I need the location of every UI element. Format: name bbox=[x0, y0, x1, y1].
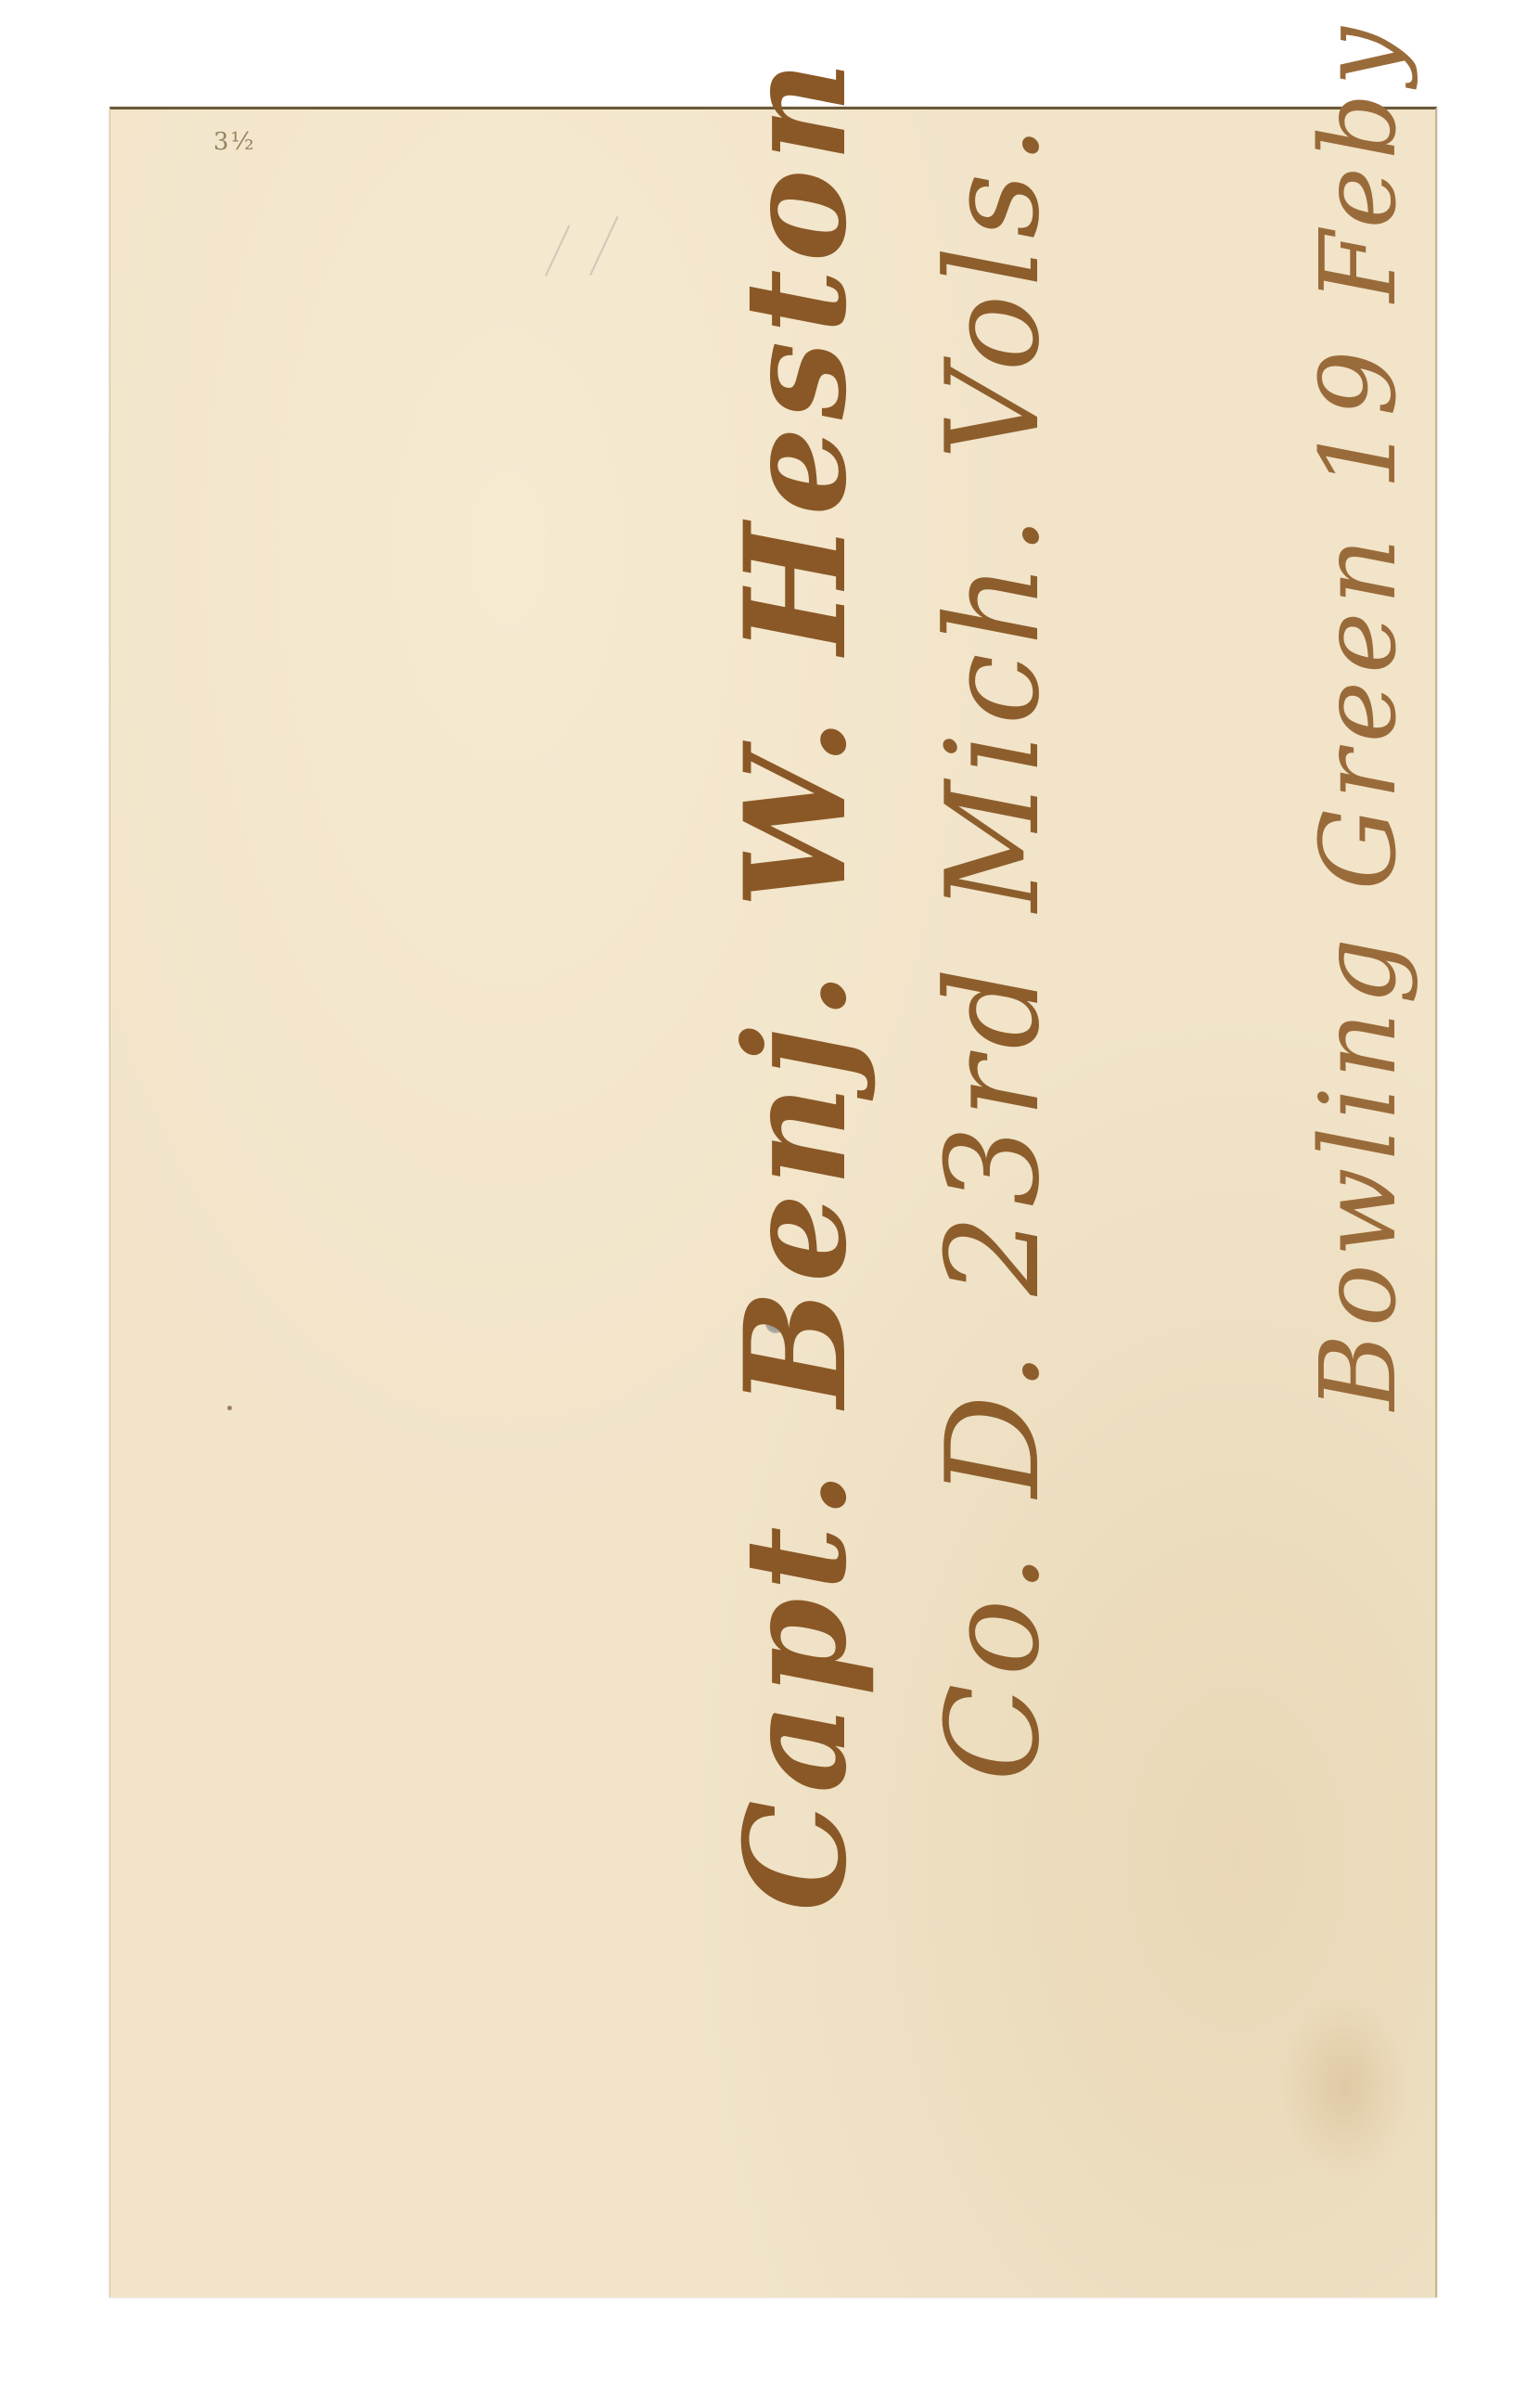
pencil-stroke bbox=[589, 216, 618, 276]
unit-line: Co. D. 23rd Mich. Vols. bbox=[918, 118, 1068, 1781]
pencil-stroke bbox=[545, 225, 570, 276]
paper-speck bbox=[227, 1406, 232, 1410]
name-line: Capt. Benj. W. Heston bbox=[714, 53, 878, 1911]
corner-pencil-mark: 3½ bbox=[213, 128, 256, 156]
paper-stain bbox=[1280, 1995, 1410, 2180]
place-date-line: Bowling Green 19 Feby 22" 1863 bbox=[1299, 0, 1419, 1410]
faint-pencil-marks bbox=[538, 213, 649, 288]
